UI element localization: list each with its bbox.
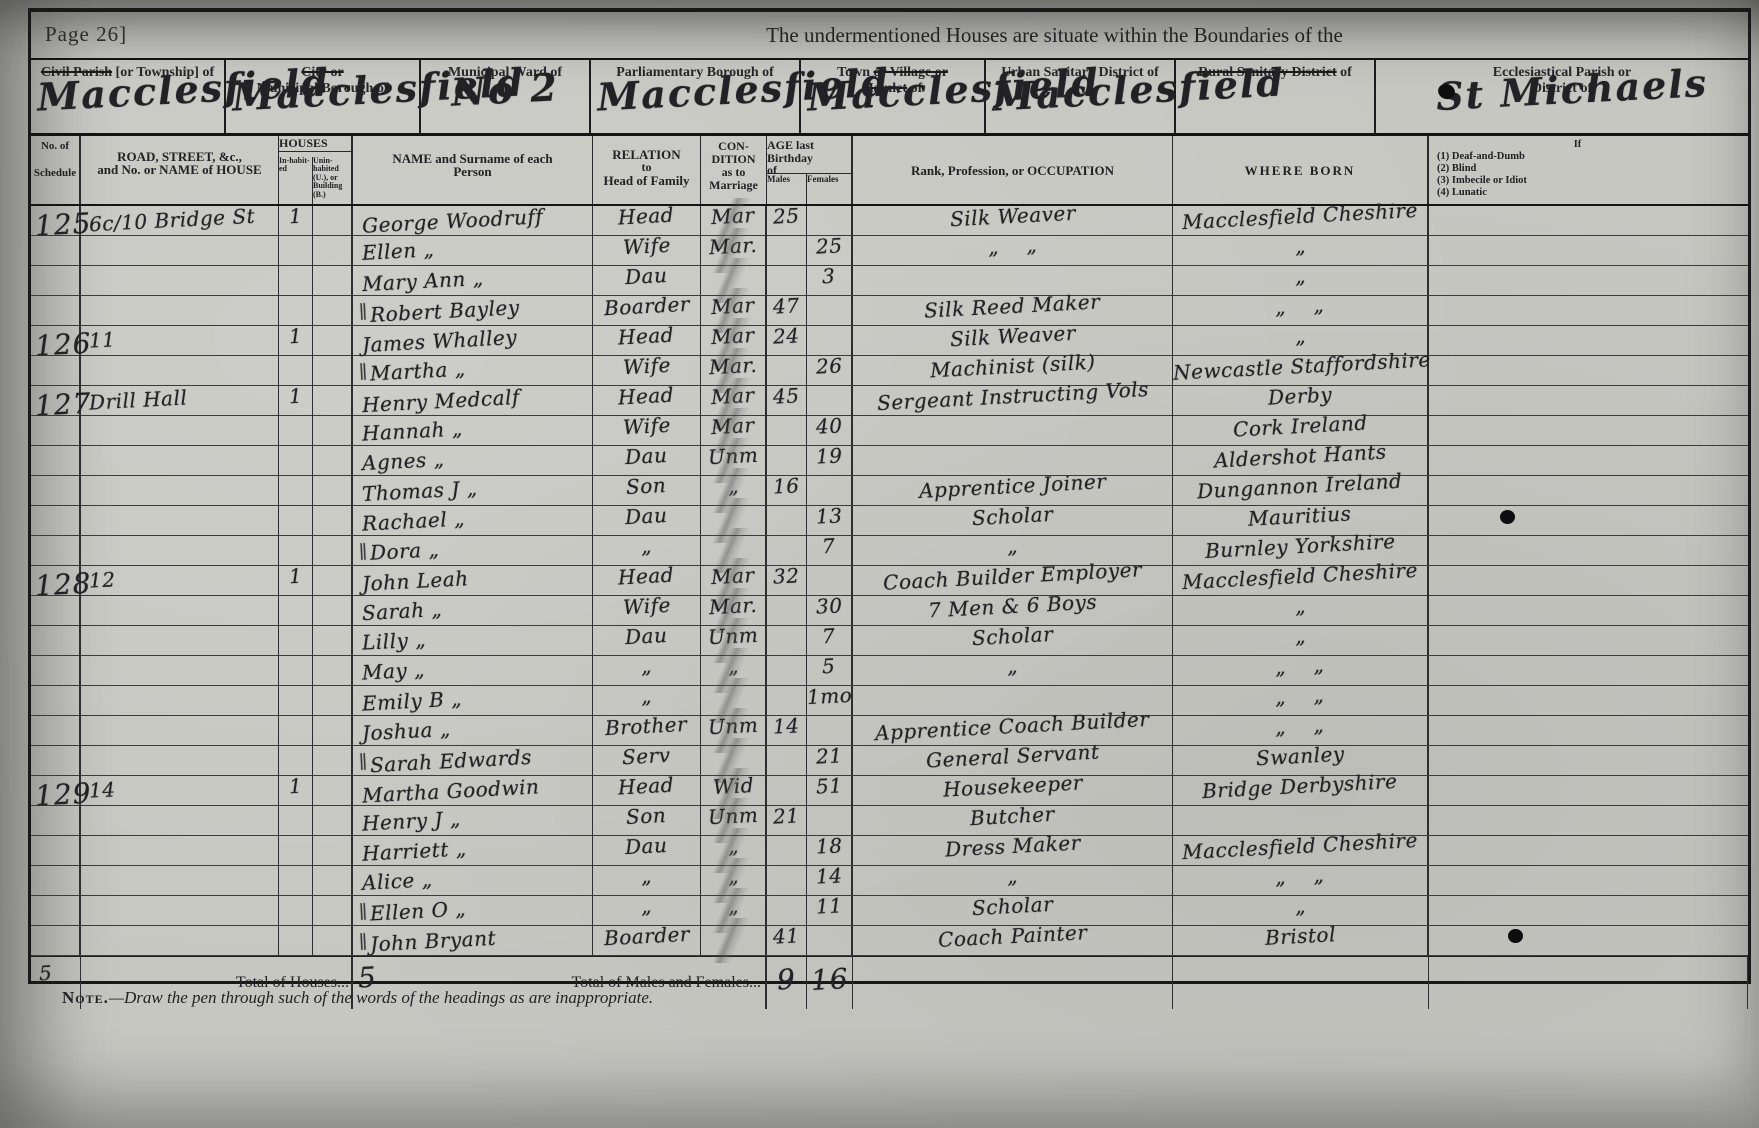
- schedule-cell: [31, 686, 81, 715]
- uninhabited-cell: [313, 806, 353, 835]
- town-header: Town or Village or Hamlet of Macclesfiel…: [801, 60, 986, 133]
- rural-sanitary-struck: Rural Sanitary District: [1198, 65, 1336, 80]
- relation-cell: „: [593, 896, 701, 925]
- ecclesiastical-label2: District of: [1532, 81, 1592, 96]
- occupation-value: „: [1007, 536, 1019, 557]
- road-cell: [81, 506, 279, 535]
- inhabited-cell: [279, 686, 313, 715]
- relation-cell: Dau: [593, 266, 701, 295]
- male-age-cell: [767, 416, 807, 445]
- road-name: 12: [88, 569, 115, 590]
- born-value: „: [1294, 326, 1306, 347]
- condition-value: Unm: [707, 805, 758, 828]
- schedule-cell: [31, 476, 81, 505]
- infirmity-cell: [1429, 596, 1748, 625]
- infirmity-cell: [1429, 536, 1748, 565]
- enumerator-tick: ∥: [358, 902, 367, 923]
- occupation-cell: „: [853, 866, 1173, 895]
- name-cell: Mary Ann „: [353, 266, 593, 295]
- condition-cell: [701, 266, 767, 295]
- uninhabited-cell: [313, 716, 353, 745]
- condition-value: Unm: [707, 625, 758, 648]
- table-row: ∥Robert Bayley Boarder Mar 47 Silk Reed …: [31, 296, 1748, 326]
- male-age: 14: [773, 715, 800, 736]
- relation-value: Head: [618, 385, 675, 408]
- inhabited-cell: [279, 806, 313, 835]
- born-cell: „: [1173, 596, 1429, 625]
- person-name: Ellen „: [362, 239, 435, 263]
- name-cell: ∥Ellen O „: [353, 896, 593, 925]
- male-age-cell: [767, 266, 807, 295]
- condition-cell: [701, 686, 767, 715]
- name-cell: ∥Robert Bayley: [353, 296, 593, 325]
- person-name: Lilly „: [362, 629, 427, 652]
- total-males: 9: [776, 963, 797, 997]
- occupation-cell: [853, 416, 1173, 445]
- born-value: „ „: [1275, 655, 1325, 678]
- title-band: Page 26] The undermentioned Houses are s…: [31, 12, 1748, 60]
- uninhabited-cell: [313, 236, 353, 265]
- occupation-cell: „: [853, 656, 1173, 685]
- occupation-value: Silk Reed Maker: [924, 291, 1101, 320]
- schedule-cell: [31, 596, 81, 625]
- female-age: 3: [822, 266, 836, 287]
- condition-value: Unm: [707, 715, 758, 738]
- inhabited-count: 1: [288, 326, 302, 347]
- uninhabited-cell: [313, 266, 353, 295]
- schedule-cell: [31, 296, 81, 325]
- uninhabited-cell: [313, 896, 353, 925]
- total-males-cell: 9: [767, 957, 807, 1009]
- occupation-value: Silk Weaver: [949, 203, 1076, 230]
- condition-cell: „: [701, 656, 767, 685]
- person-name: May „: [362, 659, 426, 682]
- table-row: Alice „ „ „ 14 „ „ „: [31, 866, 1748, 896]
- inhabited-cell: [279, 446, 313, 475]
- inhabited-cell: [279, 656, 313, 685]
- condition-value: Mar.: [708, 235, 757, 257]
- road-name: 14: [88, 779, 115, 800]
- totals-occupation-cell: [853, 957, 1173, 1009]
- enumerator-tick: ∥: [358, 362, 367, 383]
- female-age-cell: [807, 476, 853, 505]
- infirmity-cell: [1429, 656, 1748, 685]
- male-age: 32: [773, 565, 800, 586]
- name-cell: Lilly „: [353, 626, 593, 655]
- relation-value: Boarder: [603, 294, 690, 318]
- person-name: Emily B „: [362, 688, 463, 713]
- uninhabited-cell: [313, 926, 353, 955]
- relation-value: Dau: [625, 835, 668, 857]
- relation-value: „: [641, 686, 653, 707]
- condition-cell: Mar.: [701, 356, 767, 385]
- male-age-cell: [767, 746, 807, 775]
- table-row: Mary Ann „ Dau 3 „: [31, 266, 1748, 296]
- inhabited-cell: [279, 236, 313, 265]
- name-cell: ∥Dora „: [353, 536, 593, 565]
- relation-value: Wife: [622, 415, 671, 437]
- born-cell: Macclesfield Cheshire: [1173, 836, 1429, 865]
- person-name: Mary Ann „: [362, 268, 484, 294]
- schedule-cell: [31, 656, 81, 685]
- col-road: ROAD, STREET, &c., and No. or NAME of HO…: [81, 136, 279, 204]
- occupation-cell: Apprentice Coach Builder: [853, 716, 1173, 745]
- table-row: Rachael „ Dau 13 Scholar Mauritius: [31, 506, 1748, 536]
- inhabited-count: 1: [288, 386, 302, 407]
- male-age-cell: [767, 236, 807, 265]
- condition-value: „: [727, 476, 739, 497]
- table-row: 126 11 1 James Whalley Head Mar 24 Silk …: [31, 326, 1748, 356]
- born-cell: „ „: [1173, 686, 1429, 715]
- uninhabited-cell: [313, 746, 353, 775]
- relation-value: Dau: [625, 505, 668, 527]
- relation-value: „: [641, 656, 653, 677]
- table-row: Agnes „ Dau Unm 19 Aldershot Hants: [31, 446, 1748, 476]
- occupation-cell: [853, 446, 1173, 475]
- infirmity-cell: [1429, 476, 1748, 505]
- condition-cell: Mar.: [701, 236, 767, 265]
- occupation-cell: General Servant: [853, 746, 1173, 775]
- road-cell: [81, 896, 279, 925]
- born-value: „ „: [1275, 295, 1325, 318]
- born-cell: „ „: [1173, 716, 1429, 745]
- born-value: „: [1294, 596, 1306, 617]
- relation-cell: Dau: [593, 446, 701, 475]
- infirmity-cell: [1429, 446, 1748, 475]
- census-form: Page 26] The undermentioned Houses are s…: [28, 8, 1751, 984]
- occupation-value: „: [1007, 656, 1019, 677]
- uninhabited-cell: [313, 356, 353, 385]
- relation-value: „: [641, 896, 653, 917]
- infirmity-cell: [1429, 896, 1748, 925]
- table-row: Ellen „ Wife Mar. 25 „ „ „: [31, 236, 1748, 266]
- infirmity-cell: [1429, 266, 1748, 295]
- schedule-cell: [31, 446, 81, 475]
- female-age: 13: [815, 505, 842, 526]
- born-value: Derby: [1267, 384, 1332, 407]
- female-age: 51: [815, 775, 842, 796]
- name-cell: Thomas J „: [353, 476, 593, 505]
- relation-value: Wife: [622, 235, 671, 257]
- road-cell: [81, 836, 279, 865]
- person-name: Rachael „: [362, 508, 466, 533]
- condition-value: Mar: [711, 205, 755, 227]
- infirmity-cell: [1429, 626, 1748, 655]
- female-age: 7: [822, 626, 836, 647]
- relation-cell: Wife: [593, 596, 701, 625]
- male-age-cell: 16: [767, 476, 807, 505]
- table-row: ∥Dora „ „ 7 „ Burnley Yorkshire: [31, 536, 1748, 566]
- uninhabited-cell: [313, 866, 353, 895]
- schedule-cell: [31, 536, 81, 565]
- enumerator-tick: ∥: [358, 752, 367, 773]
- born-value: „ „: [1275, 865, 1325, 888]
- occupation-cell: Scholar: [853, 506, 1173, 535]
- col-condition: CON-DITION as toMarriage: [701, 136, 767, 204]
- occupation-value: 7 Men & 6 Boys: [927, 592, 1097, 621]
- male-age: 41: [773, 925, 800, 946]
- road-cell: [81, 356, 279, 385]
- inhabited-cell: [279, 866, 313, 895]
- uninhabited-cell: [313, 536, 353, 565]
- born-value: Dungannon Ireland: [1197, 471, 1403, 502]
- relation-value: Dau: [625, 625, 668, 647]
- born-cell: Dungannon Ireland: [1173, 476, 1429, 505]
- inhabited-cell: [279, 926, 313, 955]
- female-age-cell: [807, 926, 853, 955]
- relation-cell: Brother: [593, 716, 701, 745]
- parliamentary-borough-label: Parliamentary Borough of: [616, 65, 774, 80]
- person-name: Martha Goodwin: [362, 776, 540, 805]
- condition-cell: [701, 746, 767, 775]
- born-cell: „: [1173, 896, 1429, 925]
- relation-cell: Son: [593, 806, 701, 835]
- road-name: 6c/10 Bridge St: [89, 206, 256, 235]
- male-age: 25: [773, 205, 800, 226]
- female-age: 1mo: [807, 685, 853, 707]
- district-header-band: Civil Parish [or Township] of Macclesfie…: [31, 60, 1748, 136]
- female-age-cell: 18: [807, 836, 853, 865]
- female-age: 14: [815, 865, 842, 886]
- relation-cell: Wife: [593, 356, 701, 385]
- occupation-value: Coach Painter: [937, 922, 1087, 950]
- relation-cell: „: [593, 536, 701, 565]
- born-cell: „: [1173, 236, 1429, 265]
- occupation-cell: Scholar: [853, 896, 1173, 925]
- person-name: Martha „: [370, 359, 466, 384]
- inhabited-cell: [279, 596, 313, 625]
- inhabited-cell: [279, 416, 313, 445]
- footnote-text: —Draw the pen through such of the words …: [109, 988, 653, 1007]
- inhabited-count: 1: [288, 566, 302, 587]
- condition-value: Unm: [707, 445, 758, 468]
- road-cell: [81, 416, 279, 445]
- male-age-cell: [767, 686, 807, 715]
- occupation-value: Machinist (silk): [929, 352, 1095, 381]
- table-row: 129 14 1 Martha Goodwin Head Wid 51 Hous…: [31, 776, 1748, 806]
- condition-cell: [701, 506, 767, 535]
- uninhabited-cell: [313, 446, 353, 475]
- occupation-cell: [853, 266, 1173, 295]
- urban-sanitary-label: Urban Sanitary District of: [1001, 65, 1159, 80]
- born-cell: Bristol: [1173, 926, 1429, 955]
- female-age: 30: [815, 595, 842, 616]
- relation-value: Brother: [605, 714, 688, 738]
- relation-cell: Wife: [593, 236, 701, 265]
- female-age-cell: 30: [807, 596, 853, 625]
- born-value: Swanley: [1255, 744, 1345, 769]
- occupation-cell: Silk Reed Maker: [853, 296, 1173, 325]
- condition-cell: [701, 926, 767, 955]
- inhabited-cell: [279, 716, 313, 745]
- condition-value: Mar: [711, 325, 755, 347]
- inhabited-cell: [279, 626, 313, 655]
- infirmity-cell: [1429, 296, 1748, 325]
- inhabited-count: 1: [288, 206, 302, 227]
- uninhabited-cell: [313, 656, 353, 685]
- ecclesiastical-header: Ecclesiastical Parish or District of St …: [1376, 60, 1748, 133]
- civil-parish-header: Civil Parish [or Township] of Macclesfie…: [31, 60, 226, 133]
- male-age-cell: 47: [767, 296, 807, 325]
- uninhabited-cell: [313, 476, 353, 505]
- relation-cell: Boarder: [593, 926, 701, 955]
- infirmity-cell: [1429, 506, 1748, 535]
- town-struck2: Hamlet: [863, 81, 907, 96]
- relation-cell: „: [593, 686, 701, 715]
- occupation-value: General Servant: [925, 741, 1099, 770]
- occupation-value: Dress Maker: [944, 832, 1081, 859]
- female-age-cell: 7: [807, 626, 853, 655]
- infirmity-cell: [1429, 836, 1748, 865]
- schedule-cell: [31, 806, 81, 835]
- road-cell: [81, 446, 279, 475]
- female-age-cell: 13: [807, 506, 853, 535]
- municipal-borough-rest: Municipal Borough of: [257, 81, 389, 96]
- person-name: Robert Bayley: [370, 297, 520, 325]
- inhabited-cell: [279, 506, 313, 535]
- person-name: Agnes „: [362, 449, 445, 473]
- female-age: 21: [815, 745, 842, 766]
- table-body: 125 6c/10 Bridge St 1 George Woodruff He…: [31, 206, 1748, 956]
- infirmity-cell: [1429, 416, 1748, 445]
- totals-infirmity-cell: [1429, 957, 1748, 1009]
- female-age: 40: [815, 415, 842, 436]
- relation-value: Dau: [625, 265, 668, 287]
- inhabited-cell: [279, 896, 313, 925]
- inhabited-cell: [279, 356, 313, 385]
- ink-blot: [1500, 510, 1515, 524]
- occupation-value: Scholar: [971, 504, 1053, 528]
- condition-cell: [701, 536, 767, 565]
- occupation-value: Apprentice Joiner: [918, 471, 1106, 501]
- name-cell: Sarah „: [353, 596, 593, 625]
- female-age: 26: [815, 355, 842, 376]
- condition-cell: Unm: [701, 446, 767, 475]
- female-age-cell: 11: [807, 896, 853, 925]
- infirmity-cell: [1429, 686, 1748, 715]
- infirmity-cell: [1429, 716, 1748, 745]
- condition-cell: „: [701, 836, 767, 865]
- born-value: „: [1294, 896, 1306, 917]
- table-row: Sarah „ Wife Mar. 30 7 Men & 6 Boys „: [31, 596, 1748, 626]
- born-value: „: [1294, 266, 1306, 287]
- born-value: „ „: [1275, 715, 1325, 738]
- road-cell: [81, 596, 279, 625]
- totals-born-cell: [1173, 957, 1429, 1009]
- female-age-cell: 25: [807, 236, 853, 265]
- road-cell: [81, 926, 279, 955]
- born-value: Burnley Yorkshire: [1204, 531, 1395, 561]
- male-age-cell: 41: [767, 926, 807, 955]
- person-name: Harriett „: [362, 838, 467, 863]
- condition-value: Mar.: [708, 355, 757, 377]
- uninhabited-cell: [313, 506, 353, 535]
- born-cell: „ „: [1173, 866, 1429, 895]
- male-age: 21: [773, 805, 800, 826]
- relation-cell: Son: [593, 476, 701, 505]
- schedule-cell: [31, 626, 81, 655]
- person-name: John Bryant: [370, 928, 497, 955]
- occupation-value: Silk Weaver: [949, 323, 1076, 350]
- person-name: Henry J „: [362, 808, 462, 833]
- female-age: 25: [815, 235, 842, 256]
- table-row: ∥Sarah Edwards Serv 21 General Servant S…: [31, 746, 1748, 776]
- person-name: Ellen O „: [370, 898, 467, 923]
- person-name: Dora „: [370, 539, 440, 563]
- col-name: NAME and Surname of each Person: [353, 136, 593, 204]
- born-value: „ „: [1275, 685, 1325, 708]
- margin-total: 5: [38, 963, 52, 984]
- person-name: John Leah: [362, 568, 470, 594]
- road-cell: [81, 476, 279, 505]
- urban-sanitary-header: Urban Sanitary District of Macclesfield: [986, 60, 1176, 133]
- condition-value: „: [727, 656, 739, 677]
- road-name: Drill Hall: [89, 387, 188, 412]
- male-age-cell: [767, 536, 807, 565]
- uninhabited-cell: [313, 416, 353, 445]
- occupation-cell: Apprentice Joiner: [853, 476, 1173, 505]
- table-row: 125 6c/10 Bridge St 1 George Woodruff He…: [31, 206, 1748, 236]
- name-cell: Henry J „: [353, 806, 593, 835]
- born-value: Bristol: [1264, 924, 1336, 948]
- relation-cell: „: [593, 656, 701, 685]
- name-cell: Emily B „: [353, 686, 593, 715]
- table-row: Harriett „ Dau „ 18 Dress Maker Macclesf…: [31, 836, 1748, 866]
- table-header: No. ofSchedule ROAD, STREET, &c., and No…: [31, 136, 1748, 206]
- born-cell: „: [1173, 266, 1429, 295]
- condition-value: Mar: [711, 565, 755, 587]
- female-age-cell: 19: [807, 446, 853, 475]
- relation-value: Son: [626, 475, 667, 497]
- female-age: 18: [815, 835, 842, 856]
- inhabited-cell: [279, 536, 313, 565]
- female-age-cell: [807, 296, 853, 325]
- rural-sanitary-header: Rural Sanitary District of: [1176, 60, 1376, 133]
- male-age-cell: [767, 446, 807, 475]
- uninhabited-cell: [313, 296, 353, 325]
- schedule-cell: [31, 866, 81, 895]
- table-row: ∥John Bryant Boarder 41 Coach Painter Br…: [31, 926, 1748, 956]
- relation-cell: Boarder: [593, 296, 701, 325]
- total-females: 16: [810, 962, 849, 997]
- name-cell: May „: [353, 656, 593, 685]
- col-females: Females: [807, 174, 852, 204]
- male-age: 24: [773, 325, 800, 346]
- infirmity-cell: [1429, 926, 1748, 955]
- born-cell: Newcastle Staffordshire: [1173, 356, 1429, 385]
- name-cell: Joshua „: [353, 716, 593, 745]
- relation-value: Serv: [622, 745, 671, 768]
- born-value: Aldershot Hants: [1213, 441, 1386, 470]
- uninhabited-cell: [313, 686, 353, 715]
- relation-value: Wife: [622, 355, 671, 377]
- road-cell: [81, 656, 279, 685]
- born-cell: Cork Ireland: [1173, 416, 1429, 445]
- female-age-cell: [807, 806, 853, 835]
- relation-value: Wife: [622, 595, 671, 617]
- condition-value: „: [727, 896, 739, 917]
- name-cell: Harriett „: [353, 836, 593, 865]
- table-row: Hannah „ Wife Mar 40 Cork Ireland: [31, 416, 1748, 446]
- inhabited-cell: [279, 476, 313, 505]
- table-row: 128 12 1 John Leah Head Mar 32 Coach Bui…: [31, 566, 1748, 596]
- male-age-cell: [767, 596, 807, 625]
- road-cell: [81, 686, 279, 715]
- condition-value: Mar.: [708, 595, 757, 617]
- municipal-ward-value: No 2: [451, 79, 559, 101]
- uninhabited-cell: [313, 626, 353, 655]
- road-cell: [81, 536, 279, 565]
